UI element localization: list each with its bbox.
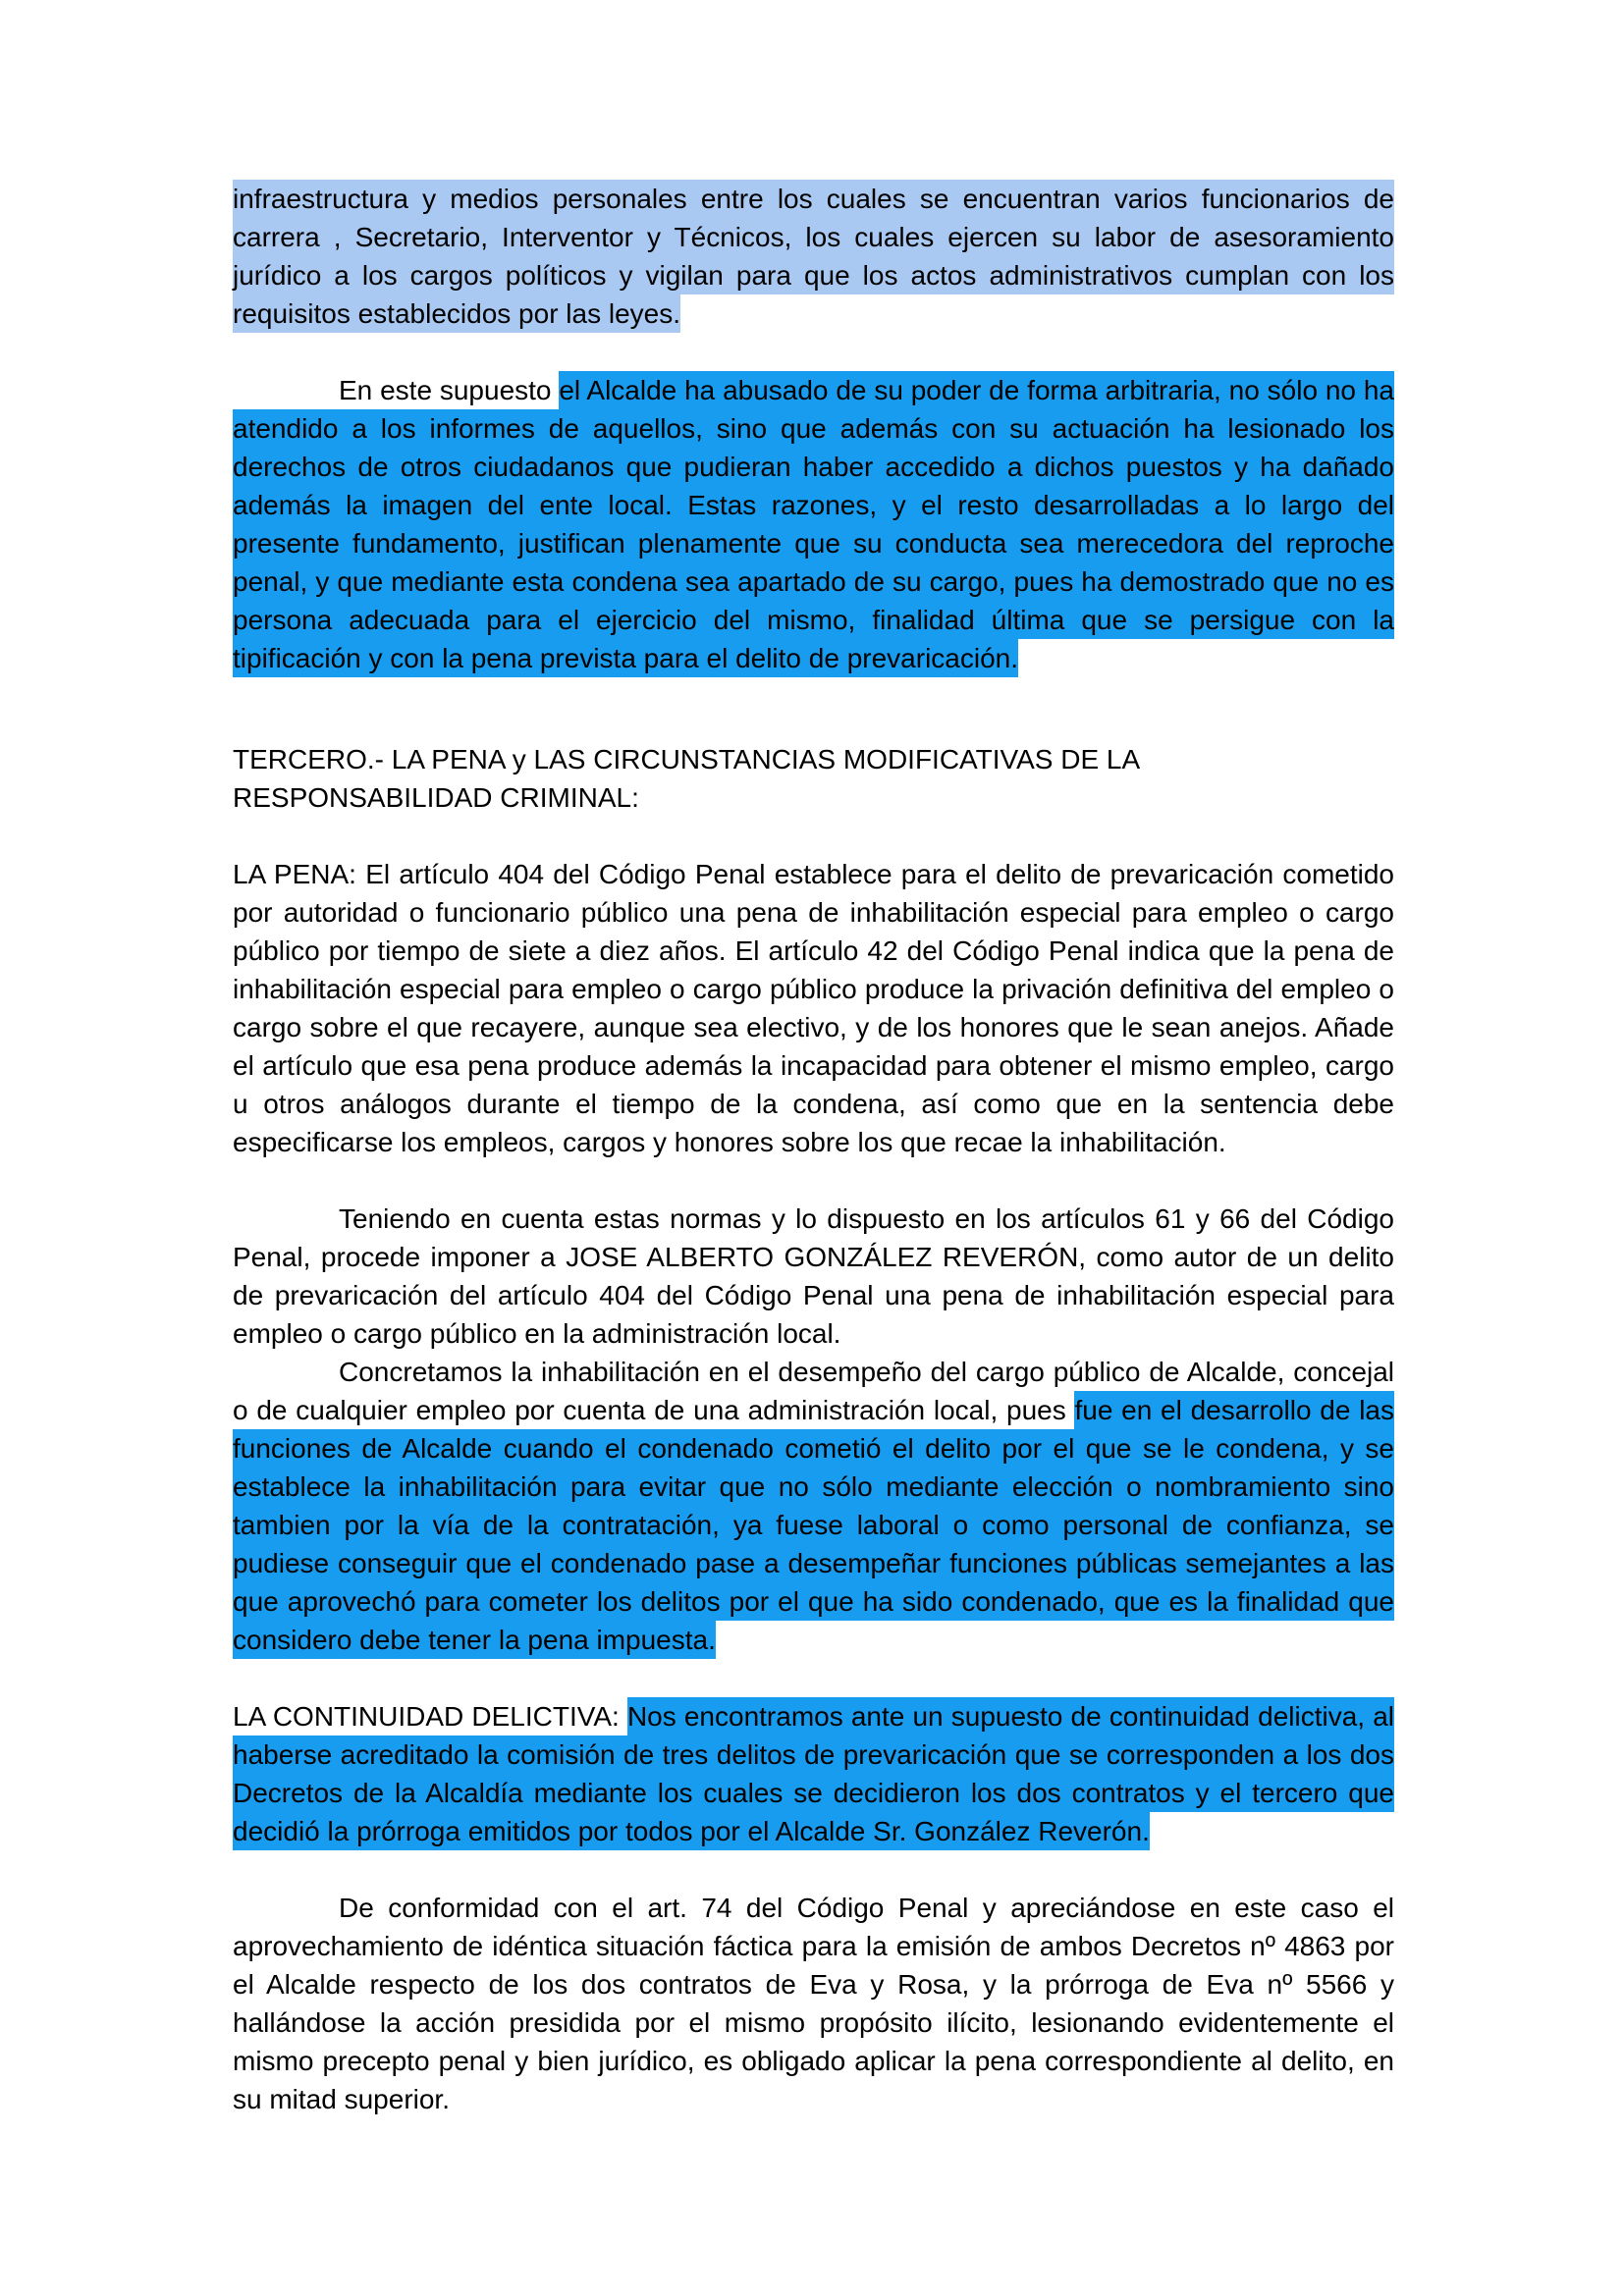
text-segment: LA PENA: El artículo 404 del Código Pena…	[233, 859, 1394, 1157]
paragraph-de-conformidad: De conformidad con el art. 74 del Código…	[233, 1889, 1394, 2118]
highlighted-text: el Alcalde ha abusado de su poder de for…	[233, 371, 1394, 677]
text-segment: De conformidad con el art. 74 del Código…	[233, 1893, 1394, 2114]
heading-text: TERCERO.- LA PENA y LAS CIRCUNSTANCIAS M…	[233, 744, 1140, 813]
text-segment: En este supuesto	[339, 375, 559, 405]
paragraph-concretamos: Concretamos la inhabilitación en el dese…	[233, 1353, 1394, 1659]
paragraph-en-este-supuesto: En este supuesto el Alcalde ha abusado d…	[233, 371, 1394, 677]
text-segment: Teniendo en cuenta estas normas y lo dis…	[233, 1203, 1394, 1349]
text-segment: LA CONTINUIDAD DELICTIVA:	[233, 1701, 627, 1732]
paragraph-teniendo-en-cuenta: Teniendo en cuenta estas normas y lo dis…	[233, 1200, 1394, 1353]
highlighted-text-light: infraestructura y medios personales entr…	[233, 180, 1394, 333]
section-heading-tercero: TERCERO.- LA PENA y LAS CIRCUNSTANCIAS M…	[233, 740, 1394, 817]
document-page: infraestructura y medios personales entr…	[0, 0, 1623, 2296]
highlighted-text: fue en el desarrollo de las funciones de…	[233, 1391, 1394, 1659]
paragraph-continuidad-delictiva: LA CONTINUIDAD DELICTIVA: Nos encontramo…	[233, 1697, 1394, 1850]
paragraph-continuation: infraestructura y medios personales entr…	[233, 180, 1394, 333]
paragraph-la-pena: LA PENA: El artículo 404 del Código Pena…	[233, 855, 1394, 1161]
